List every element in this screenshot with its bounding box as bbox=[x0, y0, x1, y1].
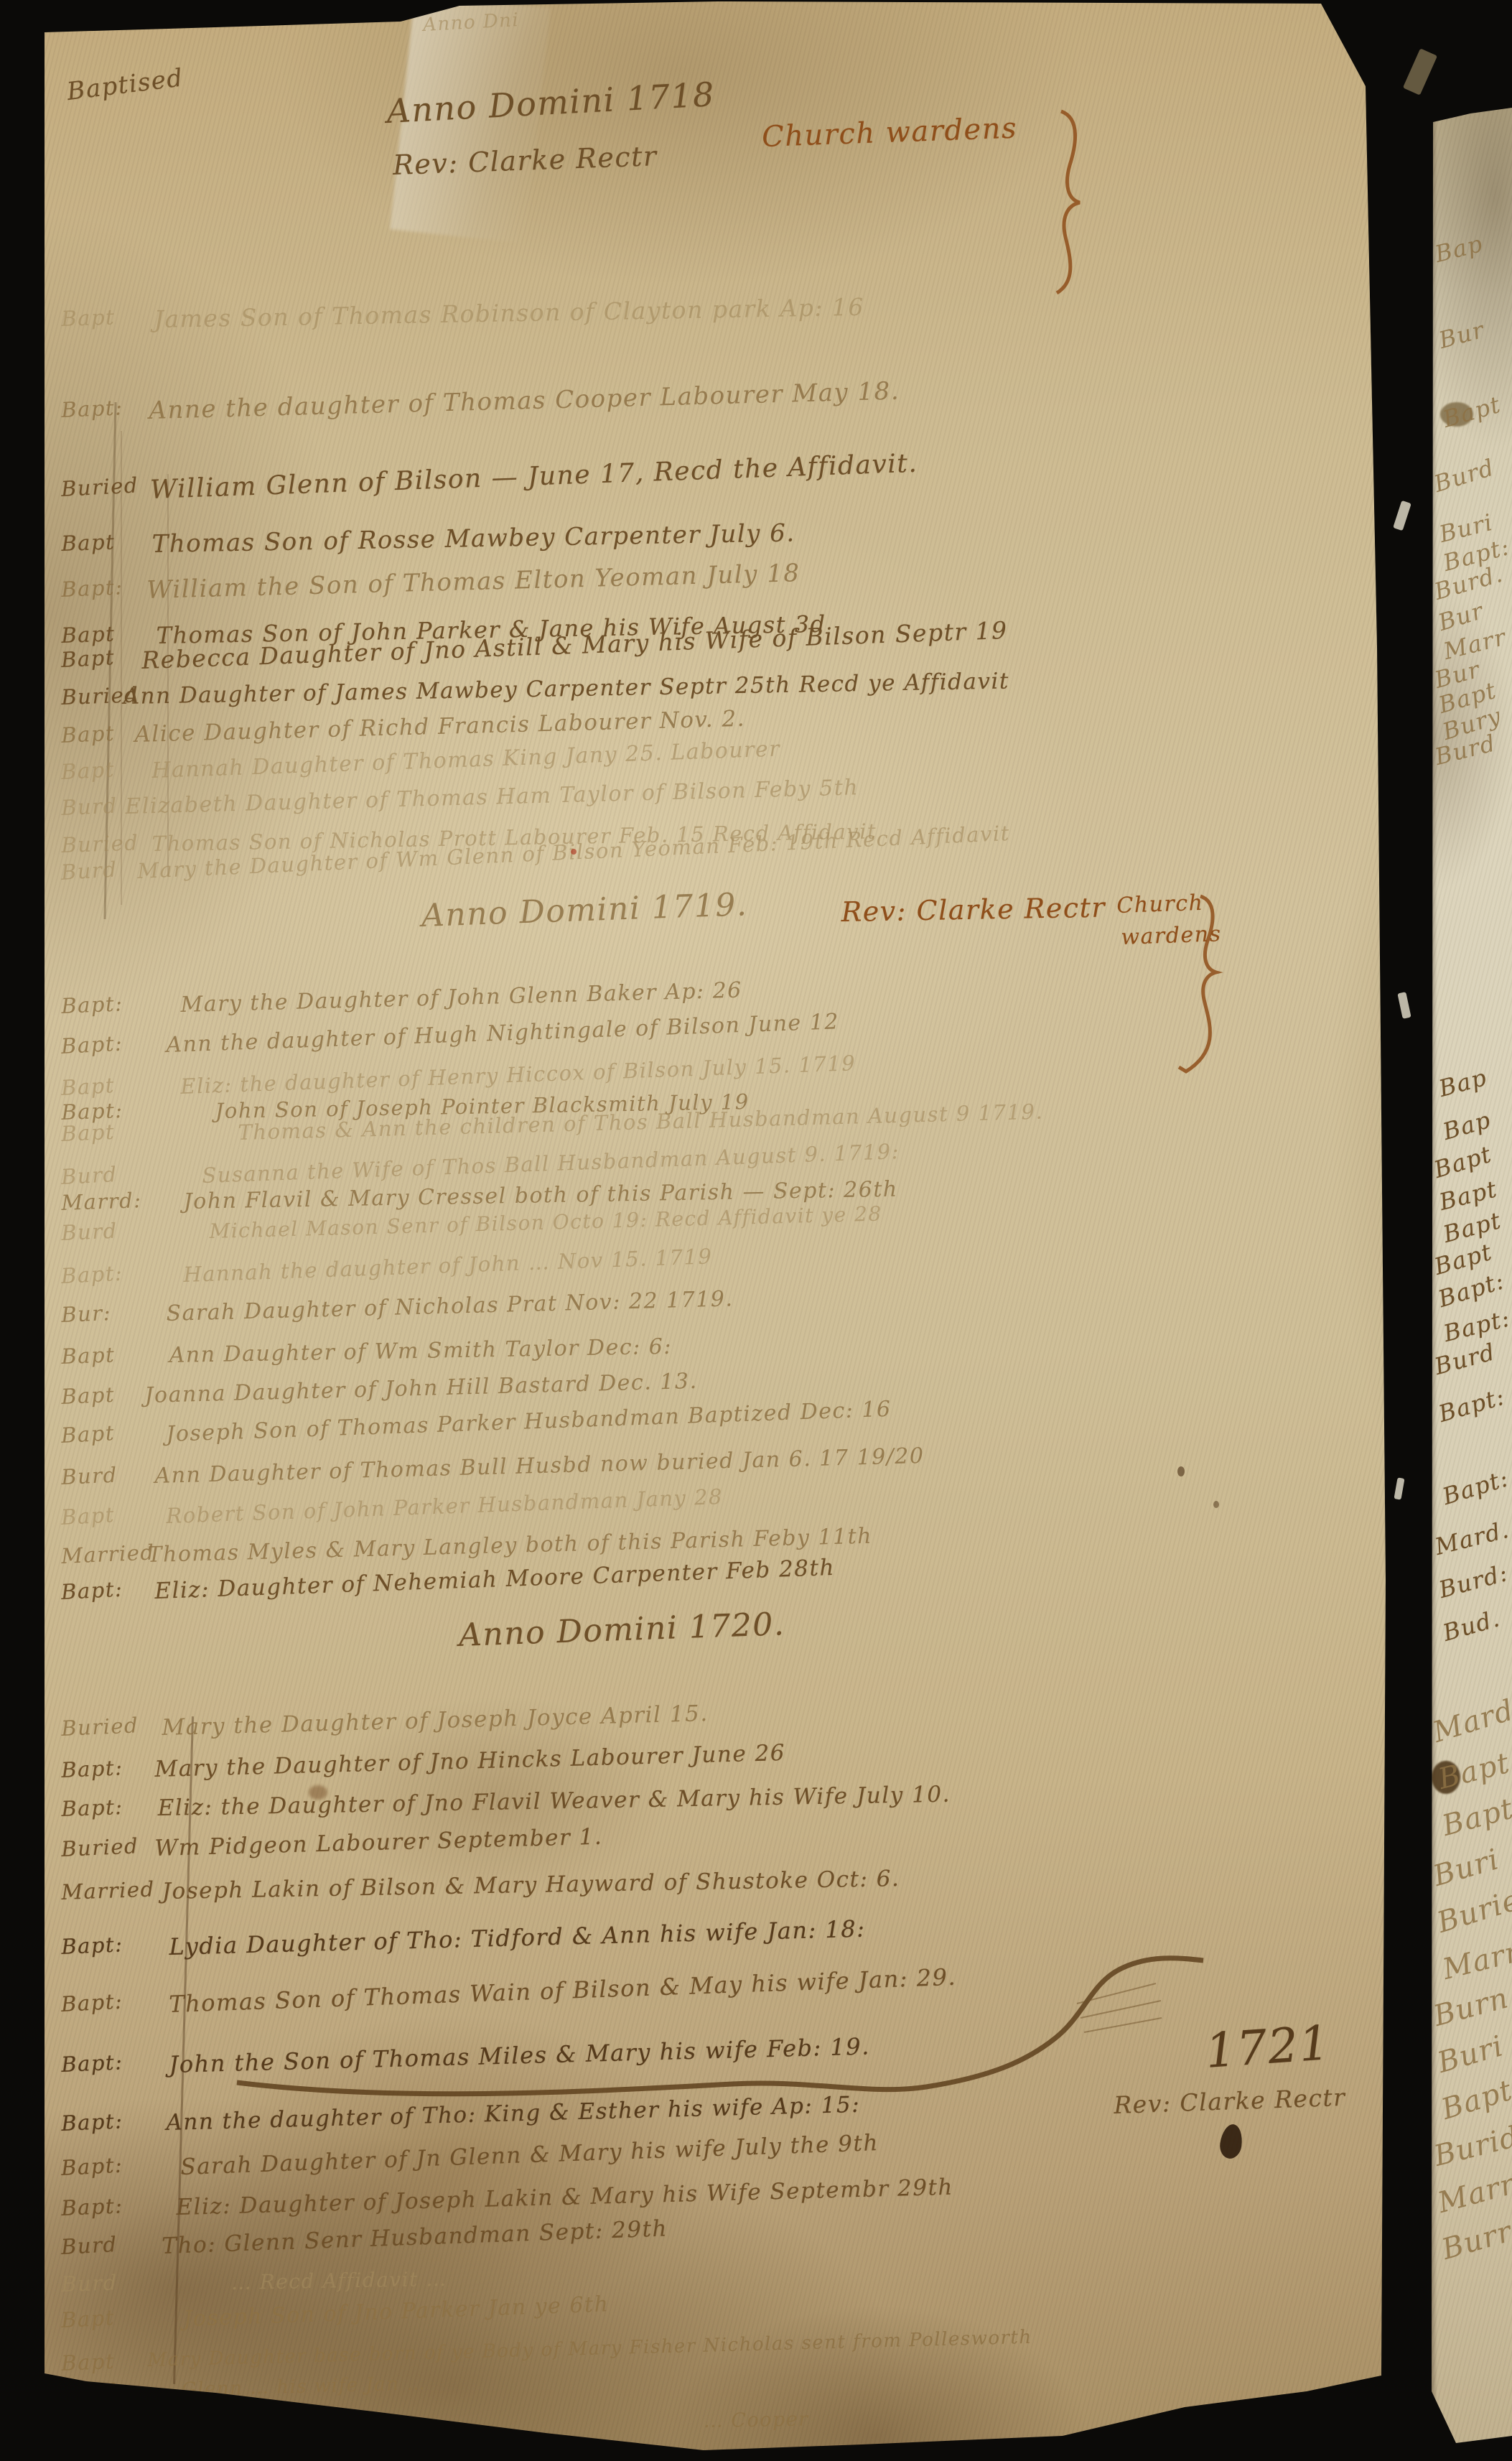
entry-text: … Cooper bbox=[703, 2408, 808, 2432]
entry-margin-label: Bapt: bbox=[60, 1031, 123, 1059]
year-marker-1721: 1721 bbox=[1204, 2015, 1333, 2079]
red-speck bbox=[571, 849, 577, 855]
entry-margin-label: Bapt: bbox=[61, 991, 123, 1018]
entry-margin-label: Bapt: bbox=[61, 1755, 123, 1782]
entry-margin-label: Buried bbox=[61, 1833, 139, 1861]
entry-margin-label: Burd bbox=[61, 2270, 118, 2297]
entry-margin-label: Bapt bbox=[61, 1120, 116, 1146]
church-wardens-1719-line1: Church bbox=[1116, 890, 1204, 918]
entry-margin-label: Bapt bbox=[60, 1073, 116, 1100]
stain-speck bbox=[309, 1785, 327, 1800]
binding-thread bbox=[1397, 992, 1411, 1019]
entry-margin-label: Bapt: bbox=[60, 1577, 123, 1604]
entry-margin-label: Bapt bbox=[61, 304, 116, 331]
entry-margin-label: Bapt: bbox=[61, 2193, 123, 2220]
entry-margin-label: Bapt bbox=[61, 2349, 116, 2376]
entry-margin-label: Married bbox=[61, 1876, 155, 1904]
entry-margin-label: Bapt: bbox=[61, 2050, 123, 2077]
entry-margin-label: Bapt bbox=[60, 2305, 116, 2332]
entry-margin-label: Bapt: bbox=[61, 2108, 123, 2136]
binding-thread bbox=[1393, 501, 1411, 531]
binding-thread bbox=[1394, 1477, 1404, 1499]
entry-margin-label: Burd bbox=[61, 1219, 118, 1245]
entry-margin-label: Bapt: bbox=[61, 1795, 123, 1821]
entry-margin-label: Bur: bbox=[61, 1301, 112, 1327]
register-book-photo: Anno Dni Baptised Anno Domini 1718 Rev: … bbox=[0, 0, 1512, 2461]
entry-margin-label: Burd bbox=[60, 2232, 118, 2259]
entry-margin-label: Bapt bbox=[60, 757, 116, 784]
entry-margin-label: Buried bbox=[61, 1713, 139, 1741]
entry-margin-label: Bapt bbox=[61, 529, 116, 556]
entry-margin-label: Burd bbox=[60, 1162, 118, 1189]
entry-text: … Recd Affidavit … bbox=[230, 2267, 447, 2294]
entry-margin-label: Married bbox=[61, 1540, 156, 1568]
entry-margin-label: Bapt: bbox=[60, 2153, 123, 2180]
left-page: Anno Dni Baptised Anno Domini 1718 Rev: … bbox=[0, 0, 1512, 2461]
gutter-shadow bbox=[1427, 0, 1437, 2461]
entry-margin-label: Bapt bbox=[60, 645, 116, 672]
entry-margin-label: Bapt bbox=[61, 621, 116, 648]
right-page: BapBurBaptBurdBuriBapt:Burd.BurMarrBurBa… bbox=[1427, 0, 1512, 2461]
entry-margin-label: Burd bbox=[60, 857, 118, 885]
entry-margin-label: Bapt bbox=[61, 1342, 116, 1369]
entry-margin-label: Bapt: bbox=[61, 574, 123, 602]
entry-margin-label: Marrd: bbox=[61, 1188, 142, 1215]
entry-margin-label: Bapt: bbox=[60, 1989, 123, 2016]
entry-margin-label: Bapt bbox=[61, 721, 116, 748]
entry-margin-label: Buried bbox=[60, 473, 139, 501]
entry-margin-label: Bapt bbox=[60, 1420, 116, 1448]
entry-margin-label: Burd bbox=[61, 2379, 118, 2406]
entry-margin-label: Bapt: bbox=[61, 395, 123, 422]
ink-speck bbox=[1213, 1501, 1219, 1508]
rector-line-1719: Rev: Clarke Rectr bbox=[841, 892, 1106, 928]
ink-speck bbox=[1177, 1466, 1185, 1476]
binding-fray bbox=[1403, 48, 1437, 95]
entry-margin-label: Burd bbox=[61, 1463, 118, 1489]
entry-margin-label: Buried bbox=[61, 830, 139, 857]
church-wardens-1719-line2: wardens bbox=[1121, 921, 1222, 950]
entry-margin-label: Burd bbox=[61, 794, 118, 820]
entry-margin-label: Bapt bbox=[60, 1502, 116, 1530]
entry-margin-label: Bapt bbox=[61, 1382, 116, 1409]
entry-margin-label: Bapt: bbox=[60, 1261, 123, 1288]
entry-margin-label: Bapt: bbox=[61, 1932, 123, 1959]
